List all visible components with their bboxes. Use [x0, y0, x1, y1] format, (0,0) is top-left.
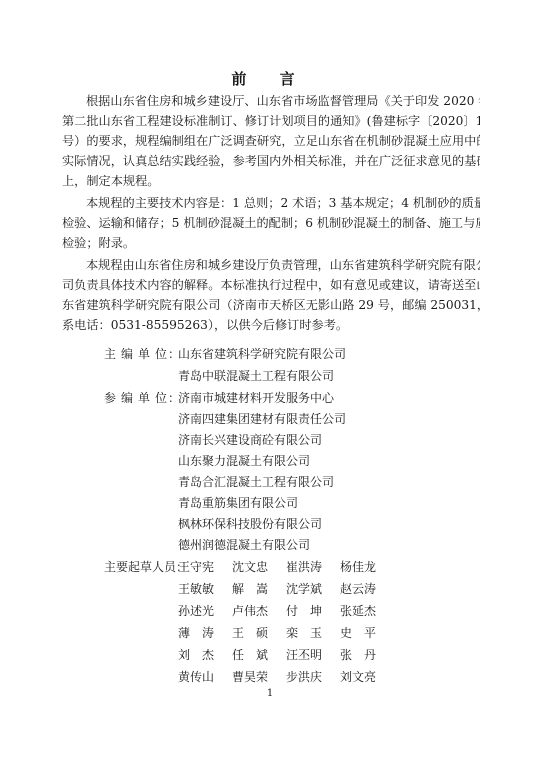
- unit-name: 山东省建筑科学研究院有限公司: [178, 344, 346, 364]
- drafter-name: 张延杰: [340, 601, 376, 621]
- drafter-name: 孙述光: [178, 601, 214, 621]
- drafter-name: 赵云涛: [340, 579, 376, 599]
- paragraph-line: 本规程的主要技术内容是：1 总则；2 术语；3 基本规定；4 机制砂的质量、: [86, 193, 480, 213]
- unit-name: 青岛中联混凝土工程有限公司: [178, 366, 334, 386]
- paragraph-line: 系电话：0531-85595263），以供今后修订时参考。: [62, 315, 480, 335]
- drafter-names: 孙述光 卢伟杰 付 坤 张延杰: [178, 601, 394, 621]
- drafter-name: 步洪庆: [286, 667, 322, 687]
- drafter-names: 黄传山 曹昊荣 步洪庆 刘文亮: [178, 667, 394, 687]
- drafter-name: 薄 涛: [178, 623, 214, 643]
- drafter-name: 崔洪涛: [286, 557, 322, 577]
- drafter-name: 刘 杰: [178, 645, 214, 665]
- paragraph-line: 号）的要求，规程编制组在广泛调查研究，立足山东省在机制砂混凝土应用中的: [62, 131, 480, 151]
- document-page: 前 言 根据山东省住房和城乡建设厅、山东省市场监督管理局《关于印发 2020 年…: [0, 0, 540, 763]
- page-title: 前 言: [0, 68, 540, 89]
- drafter-name: 任 斌: [232, 645, 268, 665]
- paragraph-line: 司负责具体技术内容的解释。本标准执行过程中，如有意见或建议，请寄送至山: [62, 275, 480, 295]
- unit-name: 青岛重筋集团有限公司: [178, 493, 298, 513]
- paragraph-line: 检验、运输和储存；5 机制砂混凝土的配制；6 机制砂混凝土的制备、施工与质量: [62, 213, 480, 233]
- drafter-names: 王守宪 沈文忠 崔洪涛 杨佳龙: [178, 557, 394, 577]
- paragraph-line: 第二批山东省工程建设标准制订、修订计划项目的通知》(鲁建标字〔2020〕18: [62, 111, 480, 131]
- paragraph-line: 东省建筑科学研究院有限公司（济南市天桥区无影山路 29 号，邮编 250031，…: [62, 295, 480, 315]
- paragraph-line: 检验；附录。: [62, 233, 480, 253]
- page-number: 1: [0, 688, 540, 699]
- drafter-name: 王守宪: [178, 557, 214, 577]
- drafter-name: 栾 玉: [286, 623, 322, 643]
- drafter-name: 张 丹: [340, 645, 376, 665]
- drafter-name: 沈学斌: [286, 579, 322, 599]
- chief-editor-label: 主编单位: [104, 344, 170, 364]
- drafter-names: 薄 涛 王 硕 栾 玉 史 平: [178, 623, 394, 643]
- paragraph-line: 上，制定本规程。: [62, 171, 480, 191]
- drafter-name: 王敏敏: [178, 579, 214, 599]
- paragraph-line: 根据山东省住房和城乡建设厅、山东省市场监督管理局《关于印发 2020 年: [86, 91, 480, 111]
- drafter-names: 王敏敏 解 嵩 沈学斌 赵云涛: [178, 579, 394, 599]
- drafter-name: 王 硕: [232, 623, 268, 643]
- drafter-name: 史 平: [340, 623, 376, 643]
- drafter-name: 卢伟杰: [232, 601, 268, 621]
- paragraph-line: 本规程由山东省住房和城乡建设厅负责管理，山东省建筑科学研究院有限公: [86, 255, 480, 275]
- unit-name: 德州润德混凝土有限公司: [178, 535, 310, 555]
- unit-name: 济南四建集团建材有限责任公司: [178, 409, 346, 429]
- drafter-name: 沈文忠: [232, 557, 268, 577]
- paragraph-line: 实际情况，认真总结实践经验，参考国内外相关标准，并在广泛征求意见的基础: [62, 151, 480, 171]
- drafters-label: 主要起草人员：: [104, 557, 184, 577]
- drafter-name: 解 嵩: [232, 579, 268, 599]
- participating-label: 参编单位: [104, 388, 170, 408]
- drafter-name: 曹昊荣: [232, 667, 268, 687]
- unit-name: 山东聚力混凝土有限公司: [178, 451, 310, 471]
- unit-name: 青岛合汇混凝土工程有限公司: [178, 472, 334, 492]
- drafter-names: 刘 杰 任 斌 汪丕明 张 丹: [178, 645, 394, 665]
- drafter-name: 黄传山: [178, 667, 214, 687]
- drafter-name: 付 坤: [286, 601, 322, 621]
- unit-name: 枫林环保科技股份有限公司: [178, 514, 322, 534]
- unit-name: 济南长兴建设商砼有限公司: [178, 430, 322, 450]
- drafter-name: 汪丕明: [286, 645, 322, 665]
- drafter-name: 刘文亮: [340, 667, 376, 687]
- unit-name: 济南市城建材料开发服务中心: [178, 388, 334, 408]
- drafter-name: 杨佳龙: [340, 557, 376, 577]
